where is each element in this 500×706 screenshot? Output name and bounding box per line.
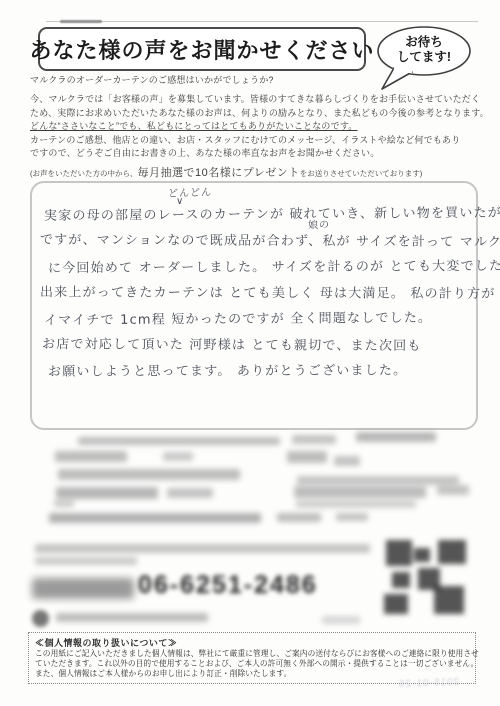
redacted-field (54, 500, 74, 507)
redacted-field (56, 487, 158, 499)
redacted-field (49, 513, 261, 523)
redacted-field (163, 452, 193, 461)
prize-line: (お声をいただいた方の中から、毎月抽選で10名様にプレゼントをお送りさせていただ… (30, 164, 482, 180)
privacy-title: ≪個人情報の取り扱いについて≫ (35, 636, 469, 649)
handwritten-line: イマイチで 1cm程 短かったのですが 全く問題なしでした。 (44, 307, 432, 329)
intro-section: マルクラのオーダーカーテンのご感想はいかがでしょうか? 今、マルクラでは「お客様… (30, 73, 482, 180)
redacted-field (336, 513, 368, 521)
redacted-field (296, 500, 416, 508)
title-box: あなた様の声をお聞かせください (38, 27, 366, 71)
bleed-through-text: 2015-01-26 (398, 677, 460, 690)
scan-edge-line (46, 21, 478, 22)
redacted-field (356, 432, 436, 442)
intro-underlined-note: どんな“ささいなこと”でも、私どもにとってはとてもありがたいことなのです。 (30, 121, 358, 131)
privacy-line: また、個人情報はご本人様からのお申し出により訂正・削除いたします。 (35, 669, 469, 679)
phone-number-blurred: 06-6251-2486 (138, 571, 318, 600)
redacted-shop-name (32, 578, 134, 599)
redacted-logo-mark (32, 610, 49, 627)
scan-artifact-mark (60, 20, 102, 23)
intro-line: ため、実際にお求めいただいたあなた様のお声は、何よりの励みとなり、また私どもの今… (30, 107, 482, 121)
redacted-field (287, 451, 327, 463)
redacted-contact-line (322, 616, 360, 624)
intro-line: ですので、どうぞご自由にお書きの上、あなた様の率直なお声をお聞かせください。 (30, 147, 482, 161)
redacted-field (55, 451, 127, 462)
bubble-line-1: お待ち (372, 35, 476, 50)
prize-main: 毎月抽選で10名様にプレゼント (138, 167, 300, 179)
intro-line: カーテンのご感想、他店との違い、お店・スタッフにむけてのメッセージ、イラストや絵… (30, 134, 482, 148)
prize-prefix: (お声をいただいた方の中から、 (30, 169, 138, 178)
privacy-notice-box: ≪個人情報の取り扱いについて≫ この用紙にご記入いただきました個人情報は、弊社に… (28, 632, 476, 684)
page-title: あなた様の声をお聞かせください (30, 34, 375, 65)
privacy-line: ていただきます。これ以外の目的で使用することおよび、ご本人の許可無く外部への開示… (35, 659, 469, 669)
redacted-field (78, 437, 280, 445)
handwritten-insertion-word: どんどん (168, 183, 212, 200)
redacted-contact-line (35, 544, 370, 553)
handwritten-line: に今回始めて オーダーしました。 サイズを計るのが とても大変でしたが (48, 255, 500, 276)
qr-code-blurred (384, 540, 466, 618)
redacted-field (277, 513, 321, 522)
handwritten-line: お店で対応して頂いた 河野様は とても親切で、また次回も (42, 333, 422, 354)
intro-lead: マルクラのオーダーカーテンのご感想はいかがでしょうか? (30, 73, 482, 86)
redacted-field (437, 485, 469, 495)
handwritten-line: ですが、マンションなので既成品が合わず、私が サイズを計って マルクラさん (40, 229, 500, 251)
redacted-field (58, 469, 240, 480)
speech-bubble-text: お待ち してます! (372, 35, 476, 64)
handwritten-line: お願いしようと思ってます。 ありがとうございました。 (48, 359, 407, 379)
intro-line: 今、マルクラでは「お客様の声」を募集しています。皆様のすてきな暮らしづくりをお手… (30, 93, 482, 107)
redacted-field (167, 488, 213, 498)
redacted-contact-line (35, 557, 137, 565)
redacted-field (334, 456, 360, 466)
redacted-field (297, 476, 459, 485)
redacted-field (292, 435, 336, 444)
redacted-field (294, 486, 426, 498)
handwritten-line: 出来上がってきたカーテンは とても美しく 母は大満足。 私の計り方が (40, 281, 496, 302)
redacted-contact-line (56, 613, 208, 622)
scanned-feedback-form: あなた様の声をお聞かせください お待ち してます! マルクラのオーダーカーテンの… (0, 0, 500, 706)
bubble-line-2: してます! (372, 50, 476, 65)
prize-suffix: をお送りさせていただいております) (300, 169, 423, 178)
privacy-line: この用紙にご記入いただきました個人情報は、弊社にて厳重に管理し、ご案内の送付なら… (35, 649, 469, 659)
handwritten-line: 実家の母の部屋のレースのカーテンが 破れていき、新しい物を買いたがっていたの (44, 201, 500, 224)
